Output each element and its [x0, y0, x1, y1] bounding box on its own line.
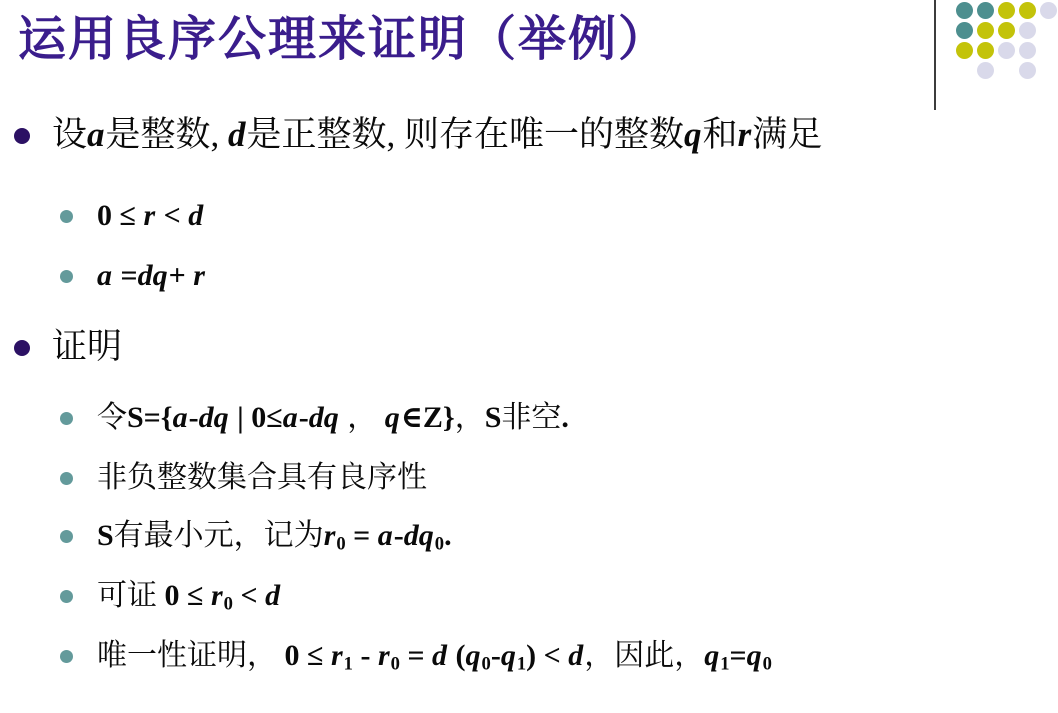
bullet-item-level1: 设a是整数, d是正整数, 则存在唯一的整数q和r满足 — [14, 114, 1058, 156]
dot-cell — [1038, 1, 1058, 21]
bullet-marker-icon — [14, 340, 30, 356]
lavender-dot-icon — [998, 42, 1015, 59]
olive-dot-icon — [977, 42, 994, 59]
teal-dot-icon — [977, 2, 994, 19]
bullet-item-level2: 可证 0 ≤ r0 < d — [60, 578, 1058, 614]
lavender-dot-icon — [977, 62, 994, 79]
bullet-text: 非负整数集合具有良序性 — [97, 460, 427, 496]
bullet-text: 可证 0 ≤ r0 < d — [97, 578, 281, 614]
dot-cell — [954, 21, 975, 41]
lavender-dot-icon — [1019, 42, 1036, 59]
lavender-dot-icon — [1019, 22, 1036, 39]
bullet-text: 令S={a-dq | 0≤a-dq ， q∈Z}，S非空. — [97, 400, 569, 436]
dot-cell — [975, 61, 996, 81]
dot-cell — [954, 1, 975, 21]
dot-cell — [1017, 1, 1038, 21]
bullet-marker-icon — [60, 270, 73, 283]
teal-dot-icon — [956, 2, 973, 19]
teal-dot-icon — [956, 22, 973, 39]
lavender-dot-icon — [1019, 62, 1036, 79]
dot-cell — [1017, 21, 1038, 41]
dot-cell — [975, 41, 996, 61]
dot-cell — [996, 1, 1017, 21]
bullet-item-level1: 证明 — [14, 326, 1058, 368]
bullet-marker-icon — [60, 472, 73, 485]
olive-dot-icon — [1019, 2, 1036, 19]
olive-dot-icon — [998, 22, 1015, 39]
bullet-text: 证明 — [52, 326, 122, 368]
bullet-item-level2: S有最小元，记为r0 = a-dq0. — [60, 518, 1058, 554]
dot-cell — [1038, 21, 1058, 41]
bullet-marker-icon — [60, 650, 73, 663]
dot-cell — [975, 21, 996, 41]
olive-dot-icon — [998, 2, 1015, 19]
bullet-marker-icon — [60, 210, 73, 223]
olive-dot-icon — [956, 42, 973, 59]
dot-cell — [996, 21, 1017, 41]
bullet-text: S有最小元，记为r0 = a-dq0. — [97, 518, 452, 554]
decoration-vertical-line — [934, 0, 936, 110]
dot-cell — [954, 41, 975, 61]
slide-content: 设a是整数, d是正整数, 则存在唯一的整数q和r满足0 ≤ r < da =d… — [0, 114, 1058, 674]
slide: 运用良序公理来证明（举例） 设a是整数, d是正整数, 则存在唯一的整数q和r满… — [0, 0, 1058, 713]
bullet-text: 唯一性证明， 0 ≤ r1 - r0 = d (q0-q1) < d，因此，q1… — [97, 638, 772, 674]
bullet-marker-icon — [60, 412, 73, 425]
lavender-dot-icon — [1040, 2, 1057, 19]
dot-cell — [1017, 41, 1038, 61]
bullet-item-level2: a =dq+ r — [60, 258, 1058, 294]
dot-cell — [1017, 61, 1038, 81]
bullet-marker-icon — [60, 530, 73, 543]
dot-cell — [954, 61, 975, 81]
dot-cell — [1038, 41, 1058, 61]
bullet-text: 0 ≤ r < d — [97, 198, 204, 234]
dot-cell — [996, 61, 1017, 81]
bullet-item-level2: 令S={a-dq | 0≤a-dq ， q∈Z}，S非空. — [60, 400, 1058, 436]
bullet-item-level2: 非负整数集合具有良序性 — [60, 460, 1058, 496]
dot-cell — [975, 1, 996, 21]
bullet-marker-icon — [60, 590, 73, 603]
dot-cell — [1038, 61, 1058, 81]
bullet-marker-icon — [14, 128, 30, 144]
dot-cell — [996, 41, 1017, 61]
decoration-dots-grid — [954, 1, 1058, 81]
bullet-item-level2: 唯一性证明， 0 ≤ r1 - r0 = d (q0-q1) < d，因此，q1… — [60, 638, 1058, 674]
bullet-text: a =dq+ r — [97, 258, 206, 294]
bullet-item-level2: 0 ≤ r < d — [60, 198, 1058, 234]
bullet-text: 设a是整数, d是正整数, 则存在唯一的整数q和r满足 — [52, 114, 822, 156]
olive-dot-icon — [977, 22, 994, 39]
slide-title: 运用良序公理来证明（举例） — [18, 0, 668, 69]
